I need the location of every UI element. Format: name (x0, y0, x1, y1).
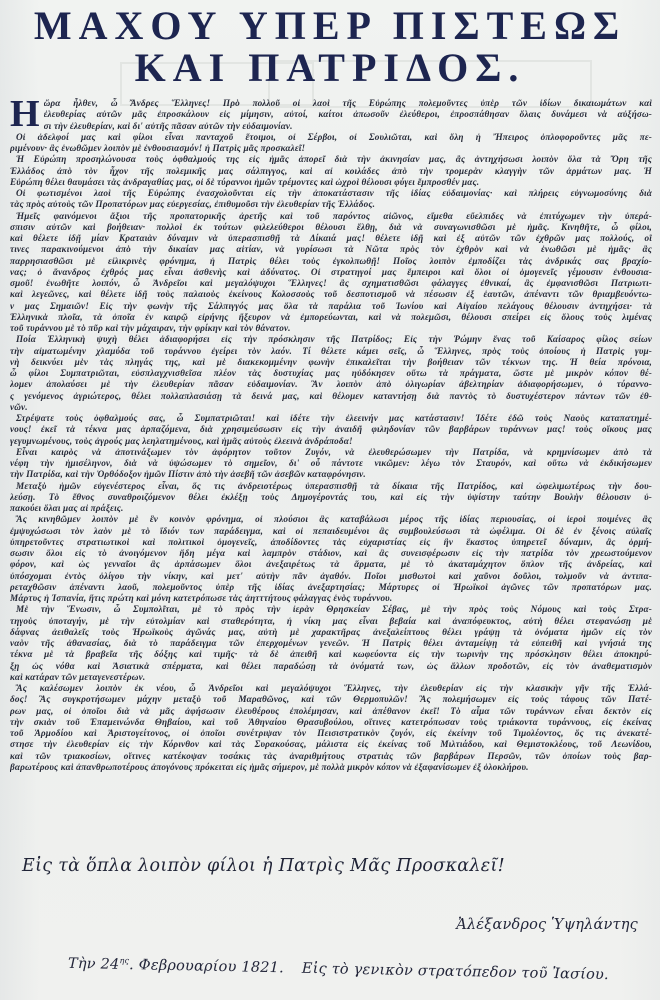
body-line: πακούει ὅλαι μας αἱ πράξεις. (10, 503, 652, 514)
body-line: Μεταξὺ ἡμῶν εὐγενέστερος εἶναι, ὅς τις ἀ… (10, 481, 652, 492)
body-line: ὥρα ἦλθεν, ὦ Ἄνδρες Ἕλληνες! Πρὸ πολλοῦ … (44, 98, 652, 109)
body-line: τὴν αἱματωμένην χλαμύδα τοῦ τυράννου ἐγε… (10, 346, 652, 357)
body-line: Ἑλληνικὰ πλοῖα, τὰ ὁποῖα ἐν καιρῷ εἰρήνη… (10, 312, 652, 323)
body-line: τὴν Πατρίδα, καὶ τὴν Ὀρθόδοξον ἡμῶν Πίστ… (10, 469, 652, 480)
signature: Ἀλέξανδρος Ὑψηλάντης (456, 917, 638, 933)
date-prefix: Τὴν 24 (68, 956, 120, 973)
body-line: σμοῦ! ἑνωθῆτε λοιπόν, ὦ Ἀνδρεῖοι καὶ μεγ… (10, 278, 652, 289)
body-line: Οἱ ἀδελφοί μας καὶ φίλοι εἶναι πανταχοῦ … (10, 132, 652, 143)
body-line: ρεταχθῶσιν ἀπέναντι λαοῦ, πολεμοῦντος ὑπ… (10, 582, 652, 593)
body-line: τοῦ Ἁρμοδίου καὶ Ἀριστογείτονος, οἱ ὁποῖ… (10, 728, 652, 739)
body-line: δάφνας ἀειθαλεῖς τοὺς Ἡρωϊκοὺς ἀγῶνάς μα… (10, 627, 652, 638)
body-line: νέφη τὴν ἡμισέληνον, διὰ νὰ ὑψώσωμεν τὸ … (10, 458, 652, 469)
body-line: καὶ τῶν τριακοσίων, οἵτινες κατέκοψαν το… (10, 751, 652, 762)
dateline-place: Εἰς τὸ γενικὸν στρατόπεδον τοῦ Ἰασίου. (302, 961, 609, 983)
drop-cap: Η (10, 99, 40, 127)
body-line: νους! ἐκεῖ τὰ τέκνα μας ἁρπαζόμενα, διὰ … (10, 424, 652, 435)
body-line: Ἡ Εὐρώπη προσηλώνουσα τοὺς ὀφθαλμούς της… (10, 154, 652, 165)
body-line: νας; ὁ ἄνανδρος ἐχθρός μας εἶναι ἀσθενὴς… (10, 267, 652, 278)
body-line: παρρησιασθῶσι μὲ εἰλικρινὲς φρόνημα, ἡ Π… (10, 256, 652, 267)
date-ordinal: ης (119, 956, 129, 965)
body-line: καὶ λεγεῶνες, καὶ θέλετε ἰδῇ τοὺς παλαιο… (10, 289, 652, 300)
body-line: λομεν ἀπολαύσει μὲ τὴν ἐλευθερίαν πᾶσαν … (10, 379, 652, 390)
body-paragraph: Ηὥρα ἦλθεν, ὦ Ἄνδρες Ἕλληνες! Πρὸ πολλοῦ… (10, 98, 652, 132)
body-paragraph: Ἂς κινηθῶμεν λοιπὸν μὲ ἓν κοινὸν φρόνημα… (10, 514, 652, 604)
proclamation-title-line-1: ΜΑΧΟΥ ΥΠΕΡ ΠΙΣΤΕΩΣ (0, 2, 660, 50)
body-line: Ἂς κινηθῶμεν λοιπὸν μὲ ἓν κοινὸν φρόνημα… (10, 514, 652, 525)
closing-call-to-arms: Εἰς τὰ ὅπλα λοιπὸν φίλοι ἡ Πατρὶς Μᾶς Πρ… (22, 856, 505, 876)
body-paragraph: Μεταξὺ ἡμῶν εὐγενέστερος εἶναι, ὅς τις ἀ… (10, 481, 652, 515)
body-line: δος! Ἂς συγκροτήσωμεν μάχην μεταξὺ τοῦ Μ… (10, 694, 652, 705)
body-line: Στρέψατε τοὺς ὀφθαλμούς σας, ὦ Συμπατριῶ… (10, 413, 652, 424)
body-line: ὦ φίλοι Συμπατριῶται, εὐσπλαγχνισθεῖσα π… (10, 368, 652, 379)
body-line: Ἡμεῖς φαινόμενοι ἄξιοι τῆς προπατορικῆς … (10, 211, 652, 222)
dateline: Τὴν 24ης. Φεβρουαρίου 1821.Εἰς τὸ γενικὸ… (68, 955, 609, 983)
body-line: ἐλευθερίας αὑτῶν μᾶς ἐπροσκάλουν εἰς μίμ… (44, 109, 652, 120)
body-line: Εὐρώπη θέλει θαυμάσει τὰς ἀνδραγαθίας μα… (10, 177, 652, 188)
body-line: ρων μας, οἱ ὁποῖοι διὰ νὰ μᾶς ἀφήσωσιν ἐ… (10, 706, 652, 717)
body-line: Μάρτυς ἡ Ἰσπανία, ἥτις πρώτη καὶ μόνη κα… (10, 593, 652, 604)
body-line: ς γενόμενος ἀγριώτερος, θέλει πολλαπλασι… (10, 391, 652, 402)
body-line: ὑπηρετοῦντες στρατιωτικοὶ καὶ πολιτικοὶ … (10, 537, 652, 548)
body-line: Οἱ φωτισμένοι λαοὶ τῆς Εὐρώπης ἐνασχολοῦ… (10, 188, 652, 199)
body-line: Ποία Ἑλληνικὴ ψυχὴ θέλει ἀδιαφορήσει εἰς… (10, 334, 652, 345)
date-suffix: . Φεβρουαρίου 1821. (129, 957, 284, 976)
body-line: ὑπόσχομαι ἐντὸς ὀλίγου τὴν νίκην, καὶ με… (10, 571, 652, 582)
body-line: καὶ θέλετε ἰδῇ μίαν Κραταιὰν δύναμιν νὰ … (10, 233, 652, 244)
body-line: στησε τὴν ἐλευθερίαν εἰς τὴν Κόρινθον κα… (10, 739, 652, 750)
body-line: τέκνα μὲ τὰ βραβεῖα τῆς δόξης καὶ τιμῆς·… (10, 649, 652, 660)
body-line: λεύσῃ. Τὸ ἔθνος συναθροιζόμενον θέλει ἐκ… (10, 492, 652, 503)
body-line: νῶν. (10, 402, 652, 413)
body-line: ναὸν τῆς ἀθανασίας, διὰ τὸ παράδειγμα τῶ… (10, 638, 652, 649)
proclamation-title-line-2: ΚΑΙ ΠΑΤΡΙΔΟΣ. (0, 44, 660, 92)
body-line: ξῃ ὡς νόθα καὶ Ἀσιατικὰ σπέρματα, καὶ θέ… (10, 661, 652, 672)
body-paragraph: Εἶναι καιρὸς νὰ ἀποτινάξωμεν τὸν ἀφόρητο… (10, 447, 652, 481)
body-line: σπισιν αὐτῶν καὶ βοήθειαν· πολλοὶ ἐκ τού… (10, 222, 652, 233)
body-line: Ἂς καλέσωμεν λοιπὸν ἐκ νέου, ὦ Ἀνδρεῖοι … (10, 683, 652, 694)
body-line: ριμένουν· ἂς ἑνωθῶμεν λοιπὸν μὲ ἐνθουσια… (10, 143, 652, 154)
body-line: τὴν σκιὰν τοῦ Ἐπαμεινώνδα Θηβαίου, καὶ τ… (10, 717, 652, 728)
body-line: Μὲ τὴν Ἕνωσιν, ὦ Συμπολῖται, μὲ τὸ πρὸς … (10, 604, 652, 615)
body-paragraph: Οἱ ἀδελφοί μας καὶ φίλοι εἶναι πανταχοῦ … (10, 132, 652, 155)
body-paragraph: Μὲ τὴν Ἕνωσιν, ὦ Συμπολῖται, μὲ τὸ πρὸς … (10, 604, 652, 683)
proclamation-body: Ηὥρα ἦλθεν, ὦ Ἄνδρες Ἕλληνες! Πρὸ πολλοῦ… (10, 98, 652, 773)
body-line: ἐμψυχώσωσι τὸν λαὸν μὲ τὸ ἴδιόν των παρά… (10, 526, 652, 537)
body-paragraph: Ποία Ἑλληνικὴ ψυχὴ θέλει ἀδιαφορήσει εἰς… (10, 334, 652, 413)
scanned-proclamation-page: ΜΑΧΟΥ ΥΠΕΡ ΠΙΣΤΕΩΣ ΚΑΙ ΠΑΤΡΙΔΟΣ. Ηὥρα ἦλ… (0, 0, 660, 1000)
body-paragraph: Ἂς καλέσωμεν λοιπὸν ἐκ νέου, ὦ Ἀνδρεῖοι … (10, 683, 652, 773)
body-paragraph: Ἡ Εὐρώπη προσηλώνουσα τοὺς ὀφθαλμούς της… (10, 154, 652, 188)
body-line: ν μας Σημαιῶν! Εἰς τὴν φωνὴν τῆς Σάλπιγγ… (10, 301, 652, 312)
body-paragraph: Στρέψατε τοὺς ὀφθαλμούς σας, ὦ Συμπατριῶ… (10, 413, 652, 447)
body-line: φόρον, καὶ ὡς γενναῖοι ἂς ἁρπάσωμεν ὅλοι… (10, 559, 652, 570)
body-line: νὴ δεικνύει μὲν τὰς πληγάς της, καὶ μὲ δ… (10, 357, 652, 368)
body-line: Ἑλλάδος ἀπὸ τὸν ἦχον τῆς πολεμικῆς μας σ… (10, 166, 652, 177)
body-line: τοῦ τυράννου μὲ τὸ πῦρ καὶ τὴν μάχαιραν,… (10, 323, 652, 334)
body-line: σι τὴν ἐλευθερίαν, καὶ δι' αὐτῆς πᾶσαν α… (44, 121, 652, 132)
body-line: τὰς πρὸς αὐτοὺς τῶν Προπατόρων μας εὐεργ… (10, 199, 652, 210)
body-line: καὶ κατάραν τῶν μεταγενεστέρων. (10, 672, 652, 683)
body-line: Εἶναι καιρὸς νὰ ἀποτινάξωμεν τὸν ἀφόρητο… (10, 447, 652, 458)
body-line: γεγυμνωμένους, τοὺς ἀγρούς μας λεηλατημέ… (10, 436, 652, 447)
body-line: τηγοὺς ὑποταγήν, μὲ τὴν εὐτολμίαν καὶ στ… (10, 616, 652, 627)
body-line: βαρωτέρους καὶ ἀπανθρωποτέρους ἀπογόνους… (10, 762, 652, 773)
body-line: τινες παρακινούμενοι ἀπὸ τὴν δικαίαν μας… (10, 244, 652, 255)
body-line: σωσιν ὅλοι εἰς τὸ ἀνοιγόμενον ἤδη μέγα κ… (10, 548, 652, 559)
body-paragraph: Ἡμεῖς φαινόμενοι ἄξιοι τῆς προπατορικῆς … (10, 211, 652, 335)
body-paragraph: Οἱ φωτισμένοι λαοὶ τῆς Εὐρώπης ἐνασχολοῦ… (10, 188, 652, 211)
